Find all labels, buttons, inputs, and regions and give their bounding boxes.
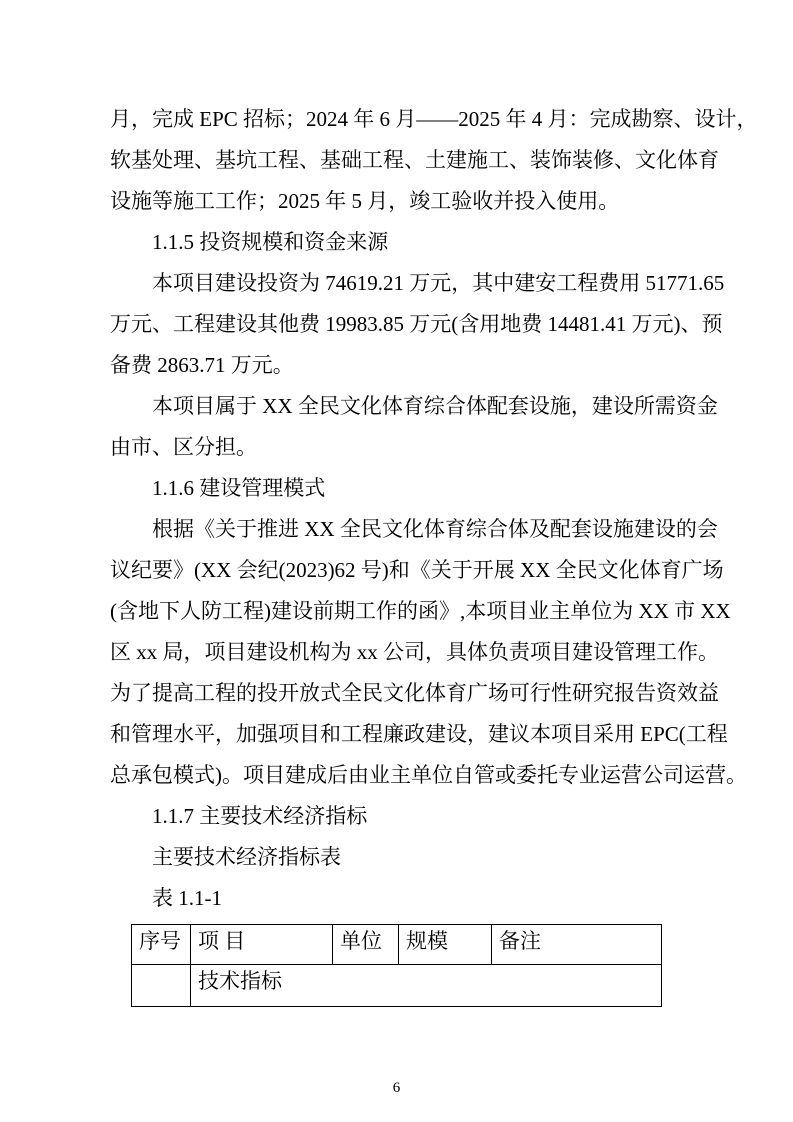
header-cell-unit: 单位 xyxy=(333,925,399,965)
text-line-8: 本项目属于 XX 全民文化体育综合体配套设施，建设所需资金 xyxy=(110,386,690,427)
text-line-16: 和管理水平，加强项目和工程廉政建设，建议本项目采用 EPC(工程 xyxy=(110,714,690,755)
text-line-5: 本项目建设投资为 74619.21 万元，其中建安工程费用 51771.65 xyxy=(110,263,690,304)
text-line-14: 区 xx 局，项目建设机构为 xx 公司，具体负责项目建设管理工作。 xyxy=(110,632,690,673)
indicators-table: 序号 项 目 单位 规模 备注 技术指标 xyxy=(131,924,662,1007)
cell-seq-empty xyxy=(132,965,191,1007)
cell-tech-indicators: 技术指标 xyxy=(191,965,662,1007)
text-line-11: 根据《关于推进 XX 全民文化体育综合体及配套设施建设的会 xyxy=(110,509,690,550)
header-cell-item: 项 目 xyxy=(191,925,333,965)
table-row: 技术指标 xyxy=(132,965,662,1007)
page-number: 6 xyxy=(0,1078,793,1098)
text-line-17: 总承包模式)。项目建成后由业主单位自管或委托专业运营公司运营。 xyxy=(110,755,690,796)
header-cell-scale: 规模 xyxy=(399,925,492,965)
table-caption-line: 表 1.1-1 xyxy=(110,878,690,919)
header-cell-note: 备注 xyxy=(492,925,662,965)
table-header-row: 序号 项 目 单位 规模 备注 xyxy=(132,925,662,965)
header-cell-seq: 序号 xyxy=(132,925,191,965)
text-line-9: 由市、区分担。 xyxy=(110,427,690,468)
heading-1-1-5: 1.1.5 投资规模和资金来源 xyxy=(110,222,690,263)
text-line-13: (含地下人防工程)建设前期工作的函》,本项目业主单位为 XX 市 XX xyxy=(110,591,690,632)
text-line-2: 软基处理、基坑工程、基础工程、土建施工、装饰装修、文化体育 xyxy=(110,140,690,181)
heading-1-1-7: 1.1.7 主要技术经济指标 xyxy=(110,796,690,837)
text-line-7: 备费 2863.71 万元。 xyxy=(110,345,690,386)
table-title-line: 主要技术经济指标表 xyxy=(110,837,690,878)
text-line-1: 月，完成 EPC 招标；2024 年 6 月——2025 年 4 月：完成勘察、… xyxy=(110,99,690,140)
heading-1-1-6: 1.1.6 建设管理模式 xyxy=(110,468,690,509)
text-line-12: 议纪要》(XX 会纪(2023)62 号)和《关于开展 XX 全民文化体育广场 xyxy=(110,550,690,591)
text-line-15: 为了提高工程的投开放式全民文化体育广场可行性研究报告资效益 xyxy=(110,673,690,714)
text-line-6: 万元、工程建设其他费 19983.85 万元(含用地费 14481.41 万元)… xyxy=(110,304,690,345)
text-line-3: 设施等施工工作；2025 年 5 月，竣工验收并投入使用。 xyxy=(110,181,690,222)
page-body: 月，完成 EPC 招标；2024 年 6 月——2025 年 4 月：完成勘察、… xyxy=(110,99,690,1007)
